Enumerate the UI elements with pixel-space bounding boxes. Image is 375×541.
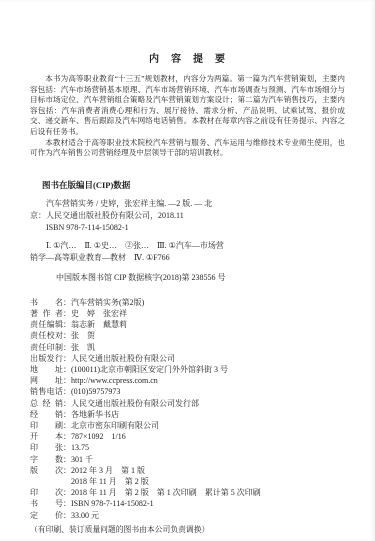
cip-line: 京：人民交通出版社股份有限公司，2018.11 bbox=[30, 210, 345, 222]
colophon-row: 定价：33.00 元 bbox=[30, 510, 345, 521]
cip-line: Ⅰ. ①汽… Ⅱ. ①史… ②张… Ⅲ. ①汽车—市场营 bbox=[30, 240, 345, 252]
colophon-row: 印次：2018 年 11 月 第 2 版 第 1 次印刷 累计第 5 次印刷 bbox=[30, 487, 345, 498]
book-copyright-page: 内 容 提 要 本书为高等职业教育“十三五”规划教材，内容分为两篇。第一篇为汽车… bbox=[0, 0, 375, 541]
colophon-value: 张 贺 bbox=[71, 330, 345, 341]
colophon-row: 开本：787×1092 1/16 bbox=[30, 431, 345, 442]
colophon-row: 销售电话：(010)59757973 bbox=[30, 386, 345, 397]
colophon-row: 责任印制：张 凯 bbox=[30, 342, 345, 353]
colophon-row: 版次：2012 年 3 月 第 1 版 2018 年 11 月 第 2 版 bbox=[30, 465, 345, 487]
colophon-colon: ： bbox=[63, 297, 71, 308]
colophon-colon: ： bbox=[63, 353, 71, 364]
colophon-value: 各地新华书店 bbox=[71, 409, 345, 420]
colophon-value: http://www.ccpress.com.cn bbox=[71, 375, 345, 386]
colophon-label: 销售电话 bbox=[30, 386, 63, 397]
colophon-label: 书号 bbox=[30, 498, 63, 509]
colophon-value: 2012 年 3 月 第 1 版 2018 年 11 月 第 2 版 bbox=[71, 465, 345, 487]
colophon-row: 书名：汽车营销实务(第2版) bbox=[30, 297, 345, 308]
colophon-colon: ： bbox=[63, 465, 71, 487]
colophon-row: 总经销：人民交通出版社股份有限公司发行部 bbox=[30, 398, 345, 409]
colophon-label: 书名 bbox=[30, 297, 63, 308]
colophon-value: 787×1092 1/16 bbox=[71, 431, 345, 442]
summary-paragraph: 本书为高等职业教育“十三五”规划教材，内容分为两篇。第一篇为汽车营销策划，主要内… bbox=[30, 74, 345, 138]
colophon-colon: ： bbox=[63, 330, 71, 341]
cip-line: 销学—高等职业教育—教材 Ⅳ. ①F766 bbox=[30, 252, 345, 264]
colophon-row: 字数：301 千 bbox=[30, 454, 345, 465]
colophon-value: 301 千 bbox=[71, 454, 345, 465]
colophon-row: 书号：ISBN 978-7-114-15082-1 bbox=[30, 498, 345, 509]
cip-line: ISBN 978-7-114-15082-1 bbox=[30, 222, 345, 234]
colophon-colon: ： bbox=[63, 431, 71, 442]
colophon-row: 经销：各地新华书店 bbox=[30, 409, 345, 420]
colophon-label: 开本 bbox=[30, 431, 63, 442]
colophon-row: 责任校对：张 贺 bbox=[30, 330, 345, 341]
colophon-colon: ： bbox=[63, 498, 71, 509]
colophon-value: 汽车营销实务(第2版) bbox=[71, 297, 345, 308]
colophon-colon: ： bbox=[63, 386, 71, 397]
colophon-row: 印刷：北京市密东印刷有限公司 bbox=[30, 420, 345, 431]
colophon-label: 版次 bbox=[30, 465, 63, 487]
page-content: 内 容 提 要 本书为高等职业教育“十三五”规划教材，内容分为两篇。第一篇为汽车… bbox=[0, 0, 375, 535]
colophon-value: 人民交通出版社股份有限公司 bbox=[71, 353, 345, 364]
colophon-value: 33.00 元 bbox=[71, 510, 345, 521]
colophon-colon: ： bbox=[63, 398, 71, 409]
colophon-label: 网址 bbox=[30, 375, 63, 386]
colophon-colon: ： bbox=[63, 420, 71, 431]
content-summary: 本书为高等职业教育“十三五”规划教材，内容分为两篇。第一篇为汽车营销策划，主要内… bbox=[30, 74, 345, 159]
colophon-label: 责任印制 bbox=[30, 342, 63, 353]
colophon-colon: ： bbox=[63, 364, 71, 375]
colophon-colon: ： bbox=[63, 308, 71, 319]
colophon: 书名：汽车营销实务(第2版) 著作者：史 婷 张宏祥 责任编辑：翁志新 戴慧莉 … bbox=[30, 297, 345, 521]
colophon-colon: ： bbox=[63, 342, 71, 353]
colophon-colon: ： bbox=[63, 319, 71, 330]
colophon-label: 经销 bbox=[30, 409, 63, 420]
colophon-value: 史 婷 张宏祥 bbox=[71, 308, 345, 319]
cip-line: 汽车营销实务 / 史婷，张宏祥主编. —2 版. — 北 bbox=[30, 198, 345, 210]
summary-paragraph: 本教材适合于高等职业技术院校汽车营销与服务、汽车运用与维修技术专业师生使用，也可… bbox=[30, 138, 345, 159]
colophon-label: 印张 bbox=[30, 442, 63, 453]
colophon-label: 字数 bbox=[30, 454, 63, 465]
colophon-label: 地址 bbox=[30, 364, 63, 375]
colophon-colon: ： bbox=[63, 375, 71, 386]
colophon-colon: ： bbox=[63, 487, 71, 498]
colophon-colon: ： bbox=[63, 442, 71, 453]
colophon-row: 地址：(100011)北京市朝阳区安定门外外馆斜街 3 号 bbox=[30, 364, 345, 375]
colophon-label: 出版发行 bbox=[30, 353, 63, 364]
colophon-colon: ： bbox=[63, 409, 71, 420]
quality-exchange-note: （有印刷、装订质量问题的图书由本公司负责调换） bbox=[30, 524, 345, 535]
colophon-label: 总经销 bbox=[30, 398, 63, 409]
colophon-row: 著作者：史 婷 张宏祥 bbox=[30, 308, 345, 319]
colophon-label: 定价 bbox=[30, 510, 63, 521]
colophon-value: 翁志新 戴慧莉 bbox=[71, 319, 345, 330]
colophon-row: 印张：13.75 bbox=[30, 442, 345, 453]
colophon-label: 印次 bbox=[30, 487, 63, 498]
colophon-row: 责任编辑：翁志新 戴慧莉 bbox=[30, 319, 345, 330]
colophon-row: 出版发行：人民交通出版社股份有限公司 bbox=[30, 353, 345, 364]
colophon-label: 责任校对 bbox=[30, 330, 63, 341]
colophon-row: 网址：http://www.ccpress.com.cn bbox=[30, 375, 345, 386]
colophon-label: 著作者 bbox=[30, 308, 63, 319]
colophon-label: 责任编辑 bbox=[30, 319, 63, 330]
cip-heading: 图书在版编目(CIP)数据 bbox=[42, 179, 345, 191]
colophon-value: ISBN 978-7-114-15082-1 bbox=[71, 498, 345, 509]
colophon-value: 北京市密东印刷有限公司 bbox=[71, 420, 345, 431]
cip-verification-number: 中国版本图书馆 CIP 数据核字(2018)第 238556 号 bbox=[56, 272, 345, 284]
content-summary-title: 内 容 提 要 bbox=[30, 50, 345, 65]
colophon-value: 张 凯 bbox=[71, 342, 345, 353]
colophon-label: 印刷 bbox=[30, 420, 63, 431]
colophon-colon: ： bbox=[63, 510, 71, 521]
colophon-value: 2018 年 11 月 第 2 版 第 1 次印刷 累计第 5 次印刷 bbox=[71, 487, 345, 498]
colophon-colon: ： bbox=[63, 454, 71, 465]
colophon-value: 人民交通出版社股份有限公司发行部 bbox=[71, 398, 345, 409]
colophon-value: (100011)北京市朝阳区安定门外外馆斜街 3 号 bbox=[71, 364, 345, 375]
cip-block: 汽车营销实务 / 史婷，张宏祥主编. —2 版. — 北 京：人民交通出版社股份… bbox=[30, 198, 345, 284]
colophon-value: (010)59757973 bbox=[71, 386, 345, 397]
colophon-value: 13.75 bbox=[71, 442, 345, 453]
